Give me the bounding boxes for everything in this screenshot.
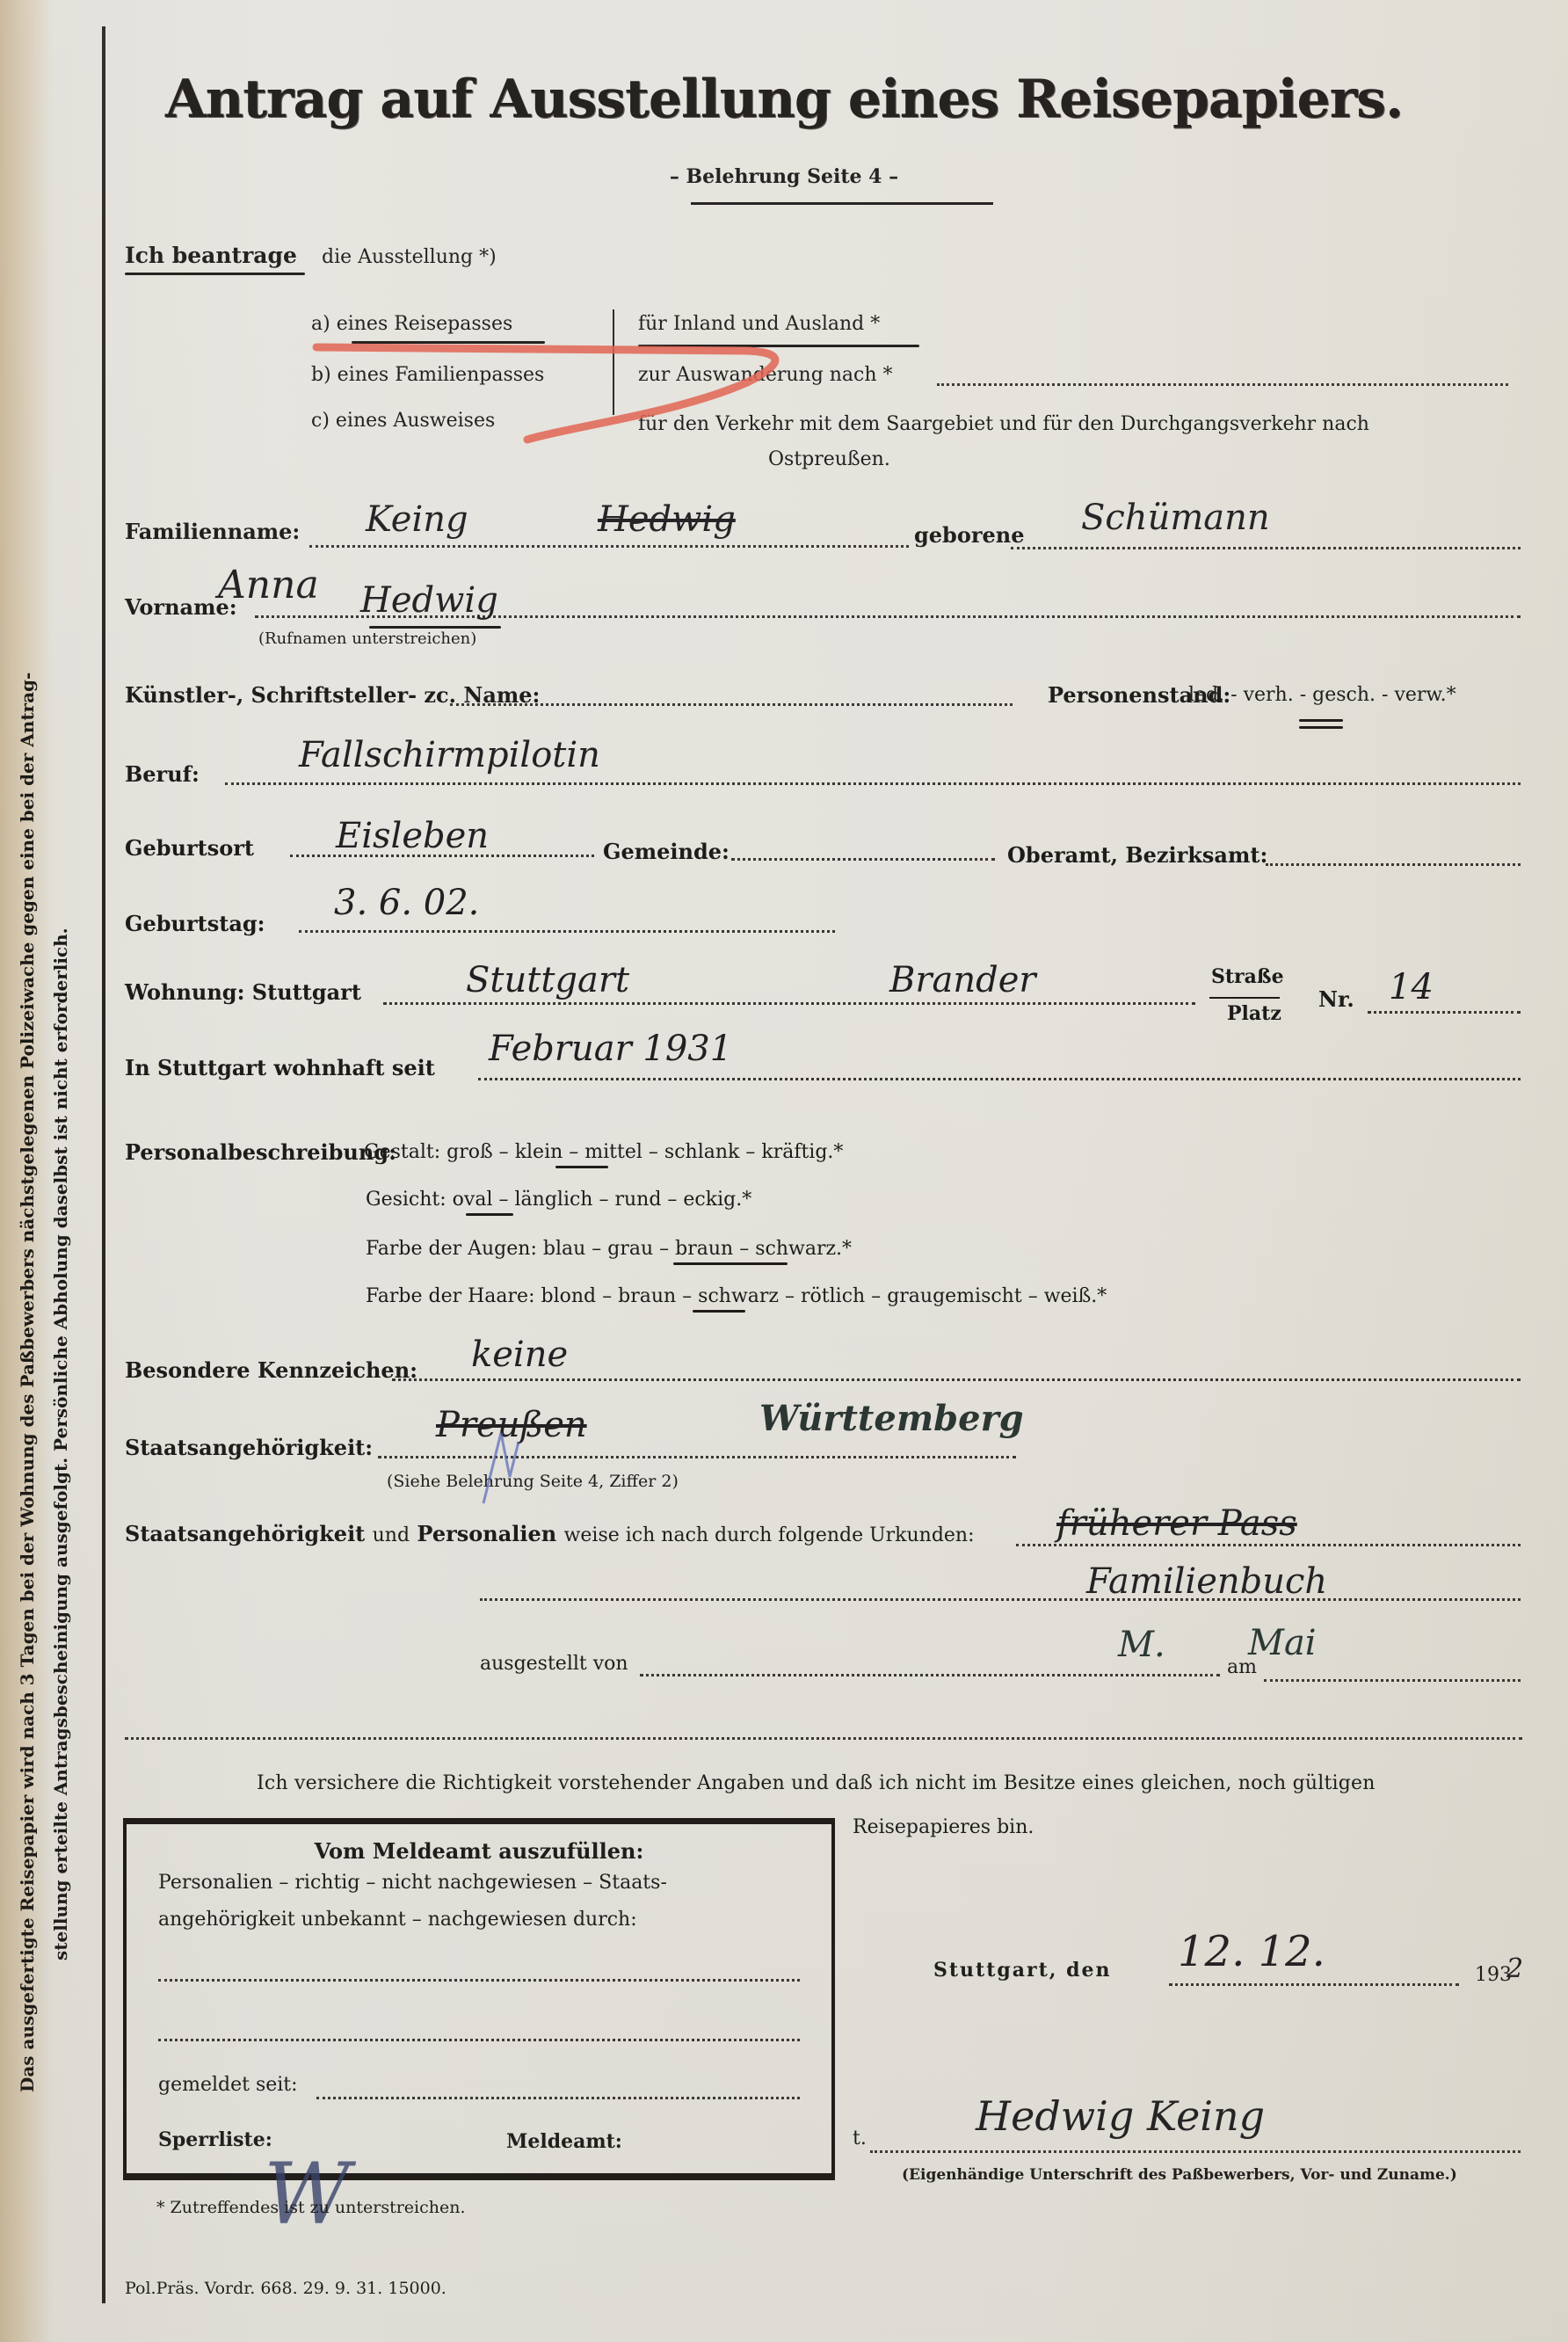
wohnung-field[interactable] (383, 1002, 1195, 1005)
date-value: 12. 12. (1178, 1927, 1325, 1976)
gestalt-selected: klein (515, 1141, 563, 1163)
option-b-label: eines Familienpasses (338, 364, 545, 386)
street-type-platz: Platz (1227, 1002, 1281, 1025)
familienname-struck-value: Hedwig (598, 499, 736, 540)
augen-selected-1: grau (607, 1238, 653, 1260)
urkunden-field-2[interactable] (480, 1598, 1521, 1601)
street-type-divider (1209, 997, 1280, 999)
signature-hint: (Eigenhändige Unterschrift des Paßbewerb… (902, 2166, 1457, 2184)
request-intro-bold: Ich beantrage (125, 243, 297, 268)
geburtstag-value: 3. 6. 02. (334, 883, 479, 923)
staatsangehoerigkeit-value: Württemberg (759, 1398, 1024, 1439)
place-label: Stuttgart, den (933, 1959, 1111, 1982)
request-intro-rest: die Ausstellung *) (322, 246, 497, 268)
personalbeschreibung-label: Personalbeschreibung: (125, 1139, 396, 1165)
blue-pencil-mark (475, 1424, 527, 1512)
subtitle-underline (691, 202, 993, 205)
meldeamt-box: Vom Meldeamt auszufüllen: Personalien – … (123, 1818, 835, 2180)
request-intro-underline (125, 273, 305, 275)
geburtsort-field[interactable] (290, 855, 594, 857)
vorname-label: Vorname: (125, 594, 237, 620)
meldeamt-line-2: angehörigkeit unbekannt – nachgewiesen d… (158, 1909, 637, 1931)
geburtstag-label: Geburtstag: (125, 911, 265, 936)
haare-row[interactable]: Farbe der Haare: blond – braun – schwarz… (366, 1285, 1107, 1307)
nr-field[interactable] (1368, 1011, 1521, 1014)
personenstand-underline-2 (1299, 726, 1343, 729)
option-a-purpose-underline (638, 345, 919, 347)
signature-field[interactable] (870, 2150, 1521, 2153)
beruf-value: Fallschirmpilotin (299, 735, 600, 775)
kennzeichen-field[interactable] (392, 1378, 1521, 1381)
blue-stamp-mark: W (264, 2145, 351, 2244)
gesicht-row[interactable]: Gesicht: oval – länglich – rund – eckig.… (366, 1189, 751, 1211)
personenstand-selected: verh. (1244, 684, 1294, 706)
gemeinde-label: Gemeinde: (603, 839, 730, 864)
options-brace (613, 309, 614, 415)
wohnung-city-value: Stuttgart (466, 960, 629, 1000)
geborene-label: geborene (914, 522, 1024, 548)
familienname-field[interactable] (309, 545, 909, 548)
street-type-strasse: Straße (1211, 965, 1284, 988)
personenstand-label: Personenstand: (1048, 682, 1230, 708)
kennzeichen-value: keine (471, 1335, 568, 1375)
am-value: Mai (1248, 1623, 1317, 1663)
staatsangehoerigkeit-struck-value: Preußen (436, 1405, 587, 1445)
wohnhaft-seit-label: In Stuttgart wohnhaft seit (125, 1055, 435, 1080)
red-pencil-mark (308, 330, 800, 453)
beruf-field[interactable] (225, 782, 1521, 785)
familienname-label: Familienname: (125, 519, 300, 544)
urkunden-struck-value: früherer Pass (1056, 1503, 1297, 1544)
haare-underline (693, 1310, 745, 1313)
option-c[interactable]: c) eines Ausweises (311, 410, 495, 432)
footnote: * Zutreffendes ist zu unterstreichen. (156, 2198, 466, 2217)
ausgestellt-value: M. (1118, 1625, 1165, 1665)
page-title: Antrag auf Ausstellung eines Reisepapier… (0, 69, 1568, 130)
subtitle: – Belehrung Seite 4 – (0, 165, 1568, 188)
geborene-value: Schümann (1081, 498, 1270, 538)
personenstand-options[interactable]: led. - verh. - gesch. - verw.* (1188, 684, 1456, 706)
sperrliste-label: Sperrliste: (158, 2128, 272, 2151)
vorname-field[interactable] (255, 615, 1521, 618)
staatsangehoerigkeit-hint: (Siehe Belehrung Seite 4, Ziffer 2) (387, 1472, 679, 1491)
gesicht-selected: oval (453, 1189, 493, 1211)
signature-value: Hedwig Keing (976, 2092, 1265, 2140)
vorname-value-2: Hedwig (360, 580, 498, 621)
declaration-text-1: Ich versichere die Richtigkeit vorstehen… (257, 1772, 1376, 1794)
option-a-underline (352, 341, 545, 344)
ausgestellt-label: ausgestellt von (480, 1653, 628, 1675)
kuenstlername-label: Künstler-, Schriftsteller- zc. Name: (125, 682, 540, 708)
option-c-purpose-cont: Ostpreußen. (768, 448, 890, 470)
date-field[interactable] (1169, 1983, 1459, 1986)
haare-selected: braun (618, 1285, 676, 1307)
augen-underline (673, 1262, 788, 1265)
kennzeichen-label: Besondere Kennzeichen: (125, 1357, 417, 1383)
rufname-underline (369, 626, 501, 629)
ausgestellt-field[interactable] (640, 1674, 1220, 1676)
urkunden-label: Staatsangehörigkeit und Personalien weis… (125, 1521, 975, 1546)
left-margin-rule (102, 26, 105, 2303)
gestalt-row[interactable]: Gestalt: groß – klein – mittel – schlank… (364, 1141, 843, 1163)
side-note-line-1: Das ausgefertigte Reisepapier wird nach … (11, 673, 44, 2092)
staatsangehoerigkeit-field[interactable] (378, 1456, 1016, 1458)
option-a-label: eines Reisepasses (337, 313, 513, 335)
wohnung-street-value: Brander (889, 960, 1036, 1000)
kuenstlername-field[interactable] (450, 703, 1013, 706)
declaration-text-2: Reisepapieres bin. (853, 1816, 1034, 1838)
vorname-value-1: Anna (218, 563, 319, 607)
request-intro: Ich beantrage (125, 243, 297, 268)
nr-label: Nr. (1318, 986, 1354, 1012)
option-a-purpose: für Inland und Ausland * (638, 313, 880, 335)
meldeamt-line-1: Personalien – richtig – nicht nachgewies… (158, 1872, 667, 1894)
oberamt-field[interactable] (1266, 863, 1521, 866)
option-a[interactable]: a) eines Reisepasses (311, 313, 512, 335)
gestalt-underline (555, 1166, 608, 1168)
augen-selected-2: braun (675, 1238, 733, 1260)
urkunden-value: Familienbuch (1086, 1561, 1327, 1602)
signature-prefix: t. (853, 2127, 867, 2149)
wohnhaft-seit-field[interactable] (478, 1078, 1521, 1080)
gemeldet-seit-label: gemeldet seit: (158, 2074, 298, 2096)
option-b-purpose: zur Auswanderung nach * (638, 364, 893, 386)
meldeamt-box-title: Vom Meldeamt auszufüllen: (127, 1838, 831, 1864)
meldeamt-field-1[interactable] (158, 1979, 800, 1982)
side-note-line-2: stellung erteilte Antragsbescheinigung a… (44, 673, 77, 2092)
option-c-label: eines Ausweises (336, 410, 495, 432)
year-suffix: 2 (1506, 1953, 1523, 1984)
year-prefix: 193 (1475, 1964, 1512, 1986)
print-info: Pol.Präs. Vordr. 668. 29. 9. 31. 15000. (125, 2279, 446, 2298)
side-note: Das ausgefertigte Reisepapier wird nach … (11, 673, 77, 2092)
vorname-hint: (Rufnamen unterstreichen) (258, 629, 476, 648)
geburtstag-field[interactable] (299, 930, 835, 933)
document-page: Das ausgefertigte Reisepapier wird nach … (0, 0, 1568, 2342)
urkunden-field-1[interactable] (1016, 1544, 1521, 1546)
beruf-label: Beruf: (125, 761, 200, 787)
oberamt-label: Oberamt, Bezirksamt: (1007, 842, 1267, 868)
meldeamt-field-2[interactable] (158, 2039, 800, 2041)
gemeinde-field[interactable] (731, 858, 995, 861)
separator-line (125, 1737, 1522, 1740)
wohnhaft-seit-value: Februar 1931 (489, 1029, 732, 1069)
augen-row[interactable]: Farbe der Augen: blau – grau – braun – s… (366, 1238, 852, 1260)
option-c-purpose: für den Verkehr mit dem Saargebiet und f… (638, 413, 1369, 435)
staatsangehoerigkeit-label: Staatsangehörigkeit: (125, 1435, 373, 1460)
option-b[interactable]: b) eines Familienpasses (311, 364, 544, 386)
geburtsort-label: Geburtsort (125, 835, 254, 861)
am-label: am (1227, 1656, 1257, 1678)
am-field[interactable] (1264, 1679, 1521, 1682)
familienname-value: Keing (366, 499, 468, 540)
gemeldet-seit-field[interactable] (316, 2097, 800, 2099)
wohnung-label: Wohnung: Stuttgart (125, 979, 361, 1005)
gesicht-underline (466, 1213, 513, 1216)
nr-value: 14 (1389, 967, 1434, 1007)
meldeamt-label: Meldeamt: (506, 2130, 622, 2153)
geborene-field[interactable] (1011, 547, 1521, 549)
personenstand-underline (1299, 719, 1343, 722)
auswanderung-field[interactable] (937, 383, 1508, 386)
geburtsort-value: Eisleben (336, 816, 489, 856)
